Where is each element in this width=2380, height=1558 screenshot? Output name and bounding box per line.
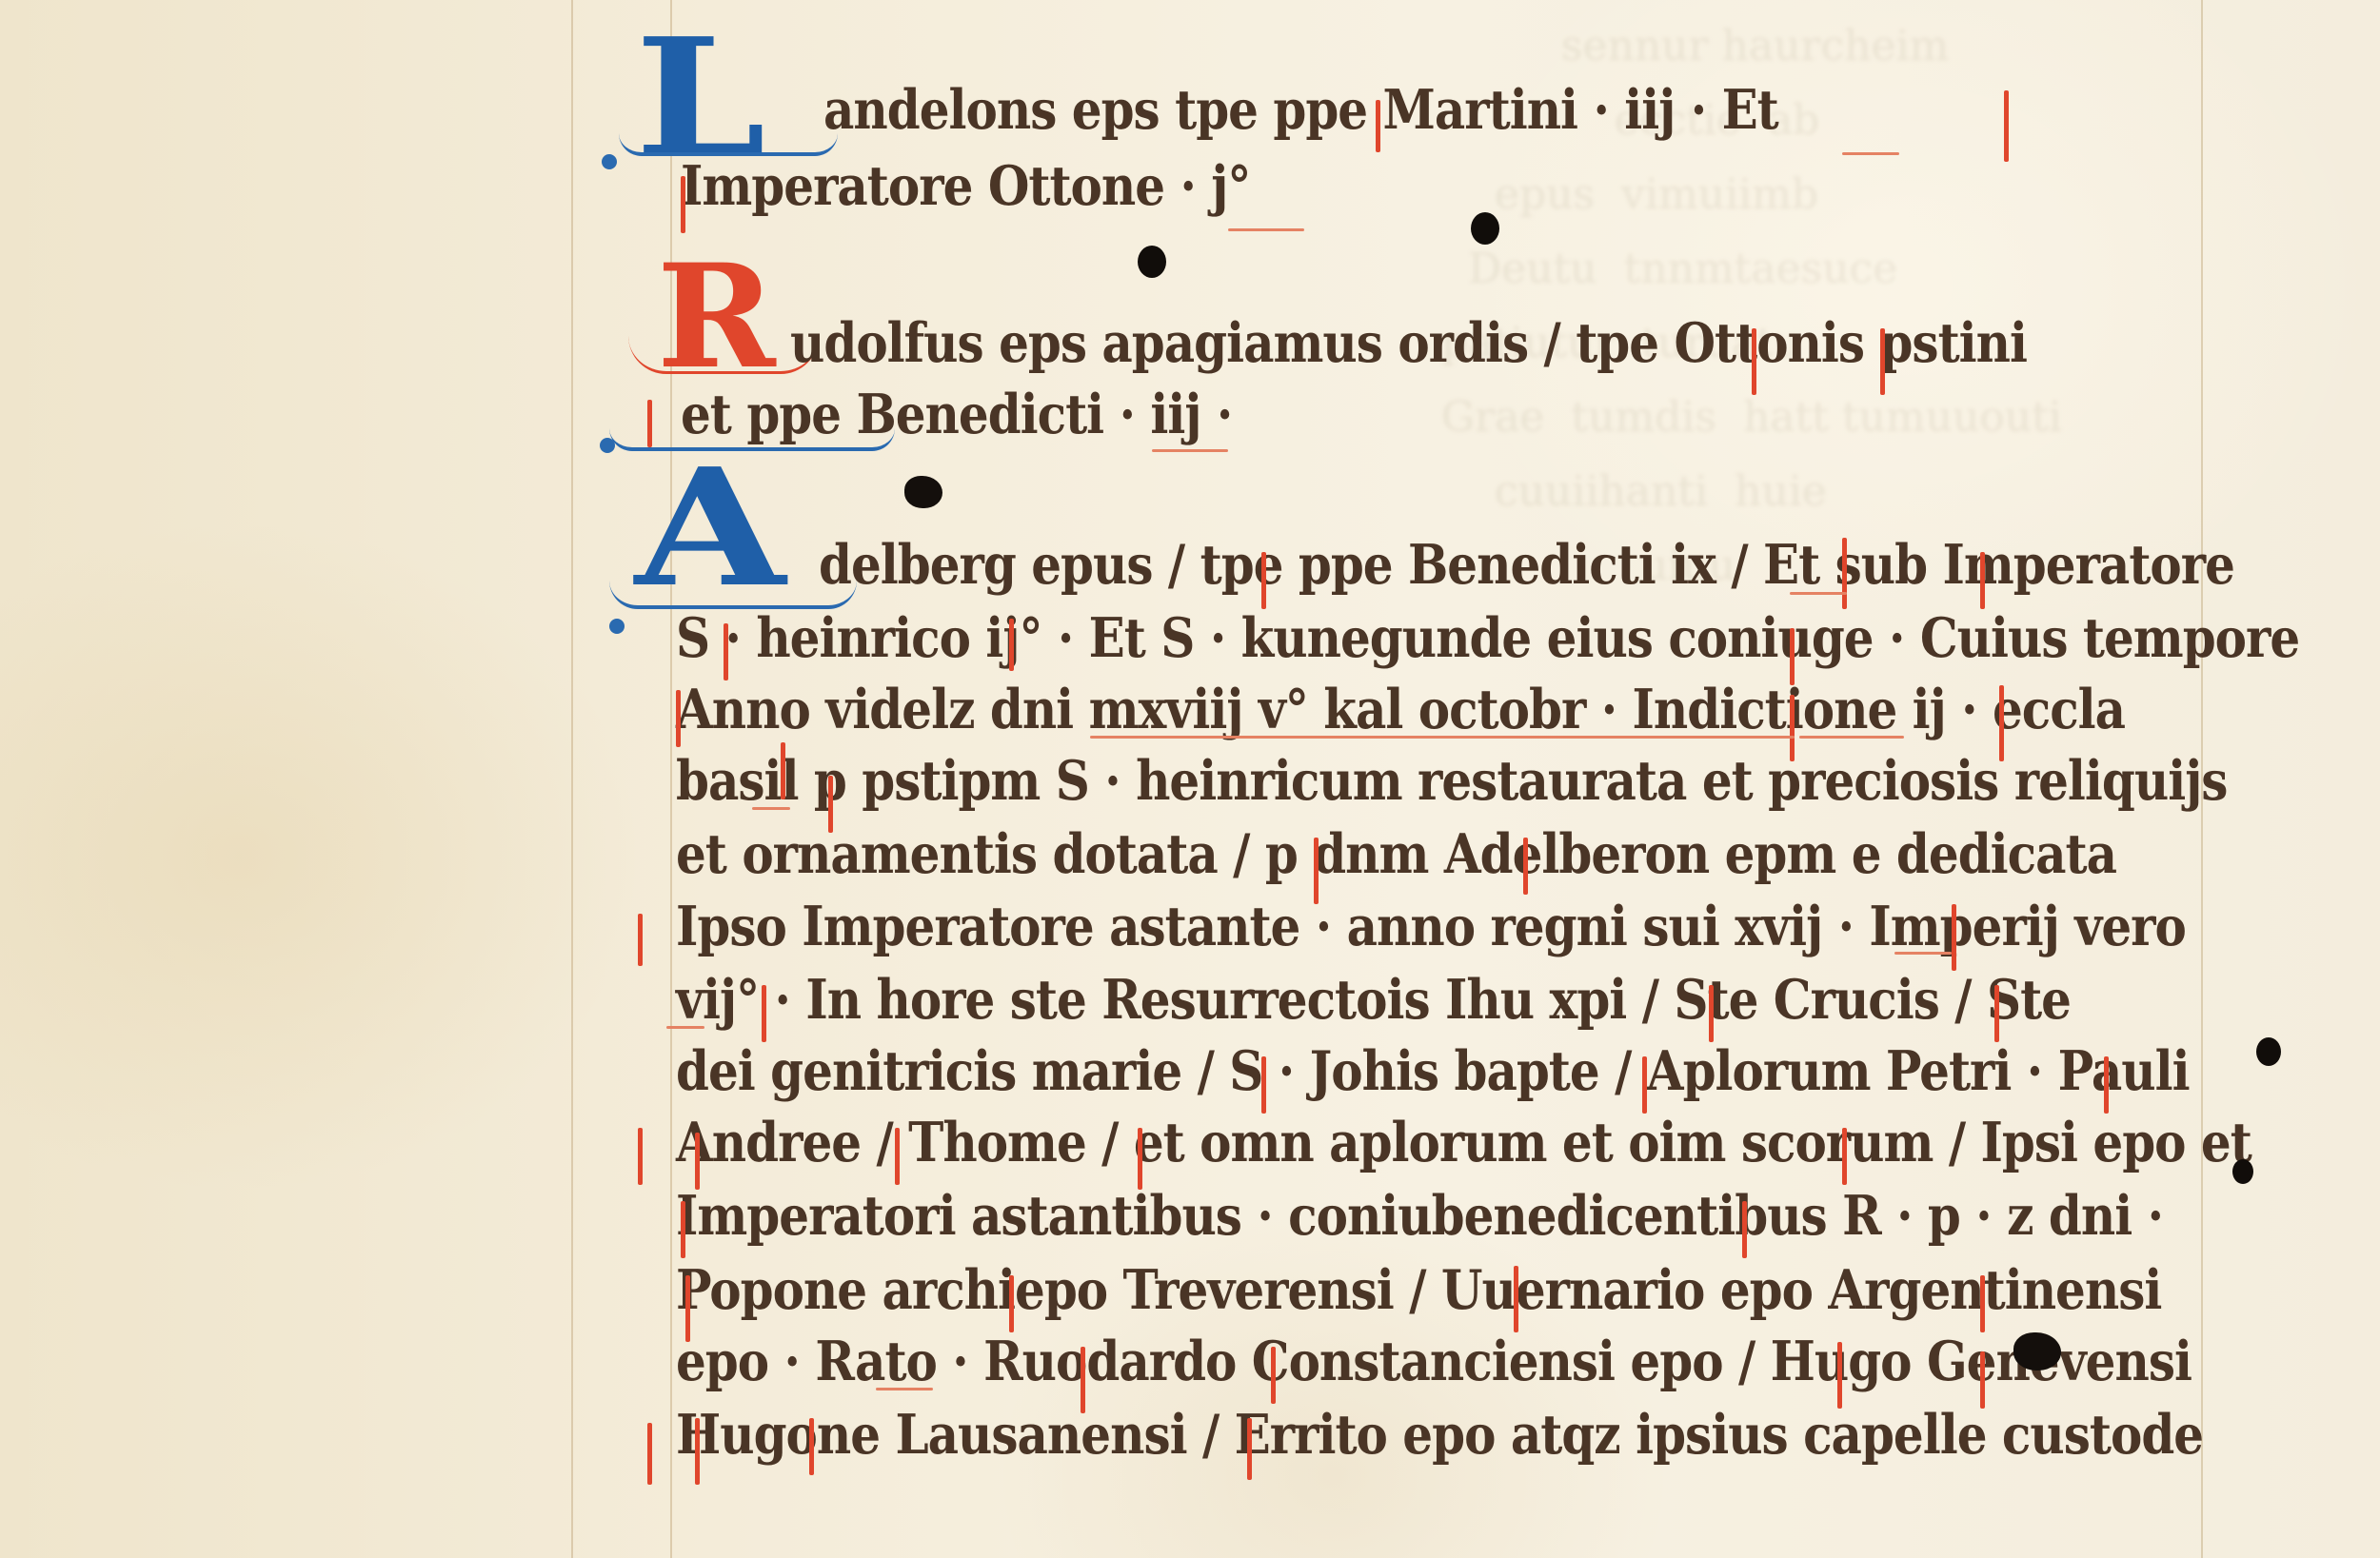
rubrication-stroke: [1709, 985, 1714, 1042]
initial-flourish-dot: [600, 438, 615, 453]
rubric-underline: [1790, 592, 1847, 595]
rubrication-stroke: [2004, 90, 2009, 162]
margin-ruling-line: [571, 0, 573, 1558]
manuscript-line: andelons eps tpe ppe Martini · iij · Et: [823, 77, 1778, 142]
parchment-hole: [1471, 212, 1499, 245]
manuscript-line: Andree / Thome / et omn aplorum et oim s…: [676, 1110, 2251, 1174]
rubrication-stroke: [647, 1423, 652, 1485]
rubric-underline: [1090, 736, 1795, 739]
rubrication-stroke: [647, 400, 652, 447]
rubrication-stroke: [1247, 1418, 1252, 1480]
manuscript-line: S · heinrico ij° · Et S · kunegunde eius…: [676, 605, 2299, 670]
rubrication-stroke: [1980, 1351, 1985, 1409]
rubrication-stroke: [1837, 1342, 1842, 1409]
rubric-underline: [1799, 736, 1904, 739]
manuscript-line: Hugone Lausanensi / Errito epo atqz ipsi…: [676, 1402, 2203, 1467]
rubrication-stroke: [638, 1128, 643, 1185]
rubric-underline: [876, 1388, 933, 1390]
ink-blot: [2013, 1332, 2061, 1371]
parchment-hole: [1138, 246, 1166, 278]
parchment-hole: [2232, 1159, 2253, 1184]
parchment-hole: [2256, 1037, 2281, 1066]
rubrication-stroke: [685, 1275, 690, 1342]
rubrication-stroke: [1842, 1128, 1847, 1185]
rubrication-stroke: [1642, 1056, 1647, 1114]
rubric-underline: [1842, 152, 1899, 155]
manuscript-line: Popone archiepo Treverensi / Uuernario e…: [676, 1257, 2161, 1322]
rubric-underline: [1152, 449, 1228, 452]
rubrication-stroke: [809, 1418, 814, 1475]
manuscript-line: et ornamentis dotata / p dnm Adelberon e…: [676, 821, 2116, 886]
rubrication-stroke: [1790, 628, 1795, 685]
manuscript-line: Imperatori astantibus · coniubenedicenti…: [676, 1183, 2163, 1248]
rubric-underline: [666, 1026, 704, 1029]
manuscript-line: et ppe Benedicti · iij ·: [681, 382, 1232, 446]
rubrication-stroke: [1009, 619, 1014, 671]
ink-blot: [904, 476, 942, 508]
manuscript-line: dei genitricis marie / S · Johis bapte /…: [676, 1038, 2190, 1103]
rubrication-stroke: [1261, 1056, 1266, 1114]
rubrication-stroke: [781, 742, 785, 799]
rubrication-stroke: [695, 1133, 700, 1190]
rubrication-stroke: [1752, 328, 1756, 395]
manuscript-line: basil p pstipm S · heinricum restaurata …: [676, 748, 2227, 813]
rubrication-stroke: [1980, 552, 1985, 609]
rubrication-stroke: [895, 1128, 900, 1185]
rubrication-stroke: [676, 690, 681, 747]
rubrication-stroke: [1514, 1266, 1518, 1332]
manuscript-line: epo · Rato · Ruodardo Constanciensi epo …: [676, 1329, 2192, 1393]
rubrication-stroke: [1952, 904, 1956, 971]
rubrication-stroke: [724, 623, 728, 680]
manuscript-line: Anno videlz dni mxviij v° kal octobr · I…: [676, 677, 2125, 741]
rubrication-stroke: [1842, 538, 1847, 609]
manuscript-line: delberg epus / tpe ppe Benedicti ix / Et…: [819, 532, 2234, 597]
rubric-underline: [1228, 228, 1304, 231]
rubrication-stroke: [1081, 1347, 1085, 1413]
rubrication-stroke: [1261, 552, 1266, 609]
rubrication-stroke: [681, 1201, 685, 1258]
rubrication-stroke: [1138, 1128, 1142, 1190]
rubrication-stroke: [828, 776, 833, 833]
manuscript-line: Ipso Imperatore astante · anno regni sui…: [676, 894, 2186, 958]
initial-flourish-dot: [609, 619, 625, 634]
rubrication-stroke: [1271, 1347, 1276, 1404]
rubrication-stroke: [762, 985, 766, 1042]
rubrication-stroke: [1009, 1275, 1014, 1332]
manuscript-line: udolfus eps apagiamus ordis / tpe Ottoni…: [790, 310, 2027, 375]
rubrication-stroke: [1742, 1201, 1747, 1258]
rubrication-stroke: [1523, 838, 1528, 895]
rubric-underline: [752, 807, 790, 810]
manuscript-line: Imperatore Ottone · j°: [681, 153, 1250, 218]
initial-flourish-dot: [602, 154, 617, 169]
rubrication-stroke: [695, 1418, 700, 1485]
rubrication-stroke: [1790, 695, 1795, 761]
rubrication-stroke: [1994, 985, 1999, 1042]
rubric-underline: [1894, 952, 1952, 955]
rubrication-stroke: [1376, 100, 1380, 152]
rubrication-stroke: [681, 176, 685, 233]
rubrication-stroke: [638, 914, 643, 966]
manuscript-line: vij° · In hore ste Resurrectois Ihu xpi …: [676, 967, 2071, 1032]
rubrication-stroke: [1980, 1275, 1985, 1332]
rubrication-stroke: [1999, 685, 2004, 761]
rubrication-stroke: [1880, 328, 1885, 395]
rubrication-stroke: [1314, 838, 1319, 904]
rubrication-stroke: [2104, 1056, 2109, 1114]
